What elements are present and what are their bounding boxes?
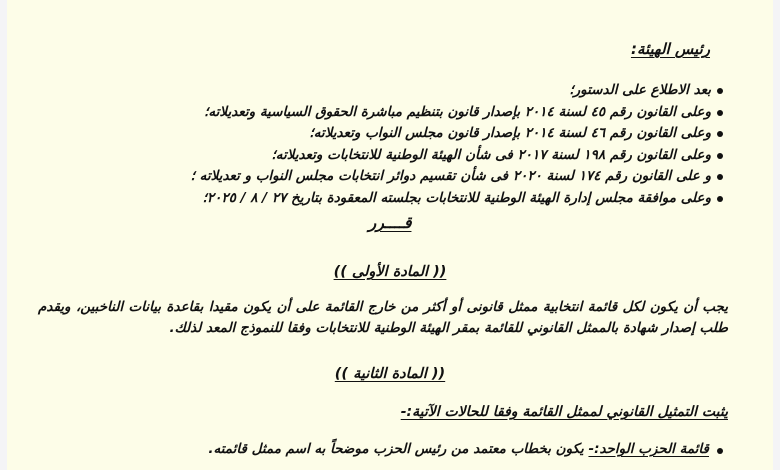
bullet-icon <box>717 448 723 454</box>
preamble-list: بعد الاطلاع على الدستور؛ وعلى القانون رق… <box>191 80 723 209</box>
preamble-item: وعلى القانون رقم ٤٦ لسنة ٢٠١٤ بإصدار قان… <box>191 123 723 145</box>
decision-heading: قــــرر <box>7 213 773 232</box>
article-1-text: يجب أن يكون لكل قائمة انتخابية ممثل قانو… <box>38 297 728 339</box>
article-1-title: (( المادة الأولى )) <box>7 264 773 280</box>
preamble-item: وعلى موافقة مجلس إدارة الهيئة الوطنية لل… <box>191 188 723 210</box>
article-2-subheading: يثبت التمثيل القانوني لممثل القائمة وفقا… <box>401 404 728 420</box>
article-2-title: (( المادة الثانية )) <box>7 366 773 382</box>
preamble-item: وعلى القانون رقم ١٩٨ لسنة ٢٠١٧ فى شأن ال… <box>191 145 723 167</box>
case-item: قائمة الحزب الواحد:- يكون بخطاب معتمد من… <box>208 441 723 457</box>
preamble-item: وعلى القانون رقم ٤٥ لسنة ٢٠١٤ بإصدار قان… <box>191 102 723 124</box>
preamble-item: و على القانون رقم ١٧٤ لسنة ٢٠٢٠ فى شأن ت… <box>191 166 723 188</box>
document-page: رئيس الهيئة: بعد الاطلاع على الدستور؛ وع… <box>7 0 773 470</box>
signatory-heading: رئيس الهيئة: <box>631 40 710 58</box>
preamble-item: بعد الاطلاع على الدستور؛ <box>191 80 723 102</box>
case-label: قائمة الحزب الواحد:- <box>588 441 709 457</box>
case-text: يكون بخطاب معتمد من رئيس الحزب موضحاً به… <box>208 441 588 457</box>
